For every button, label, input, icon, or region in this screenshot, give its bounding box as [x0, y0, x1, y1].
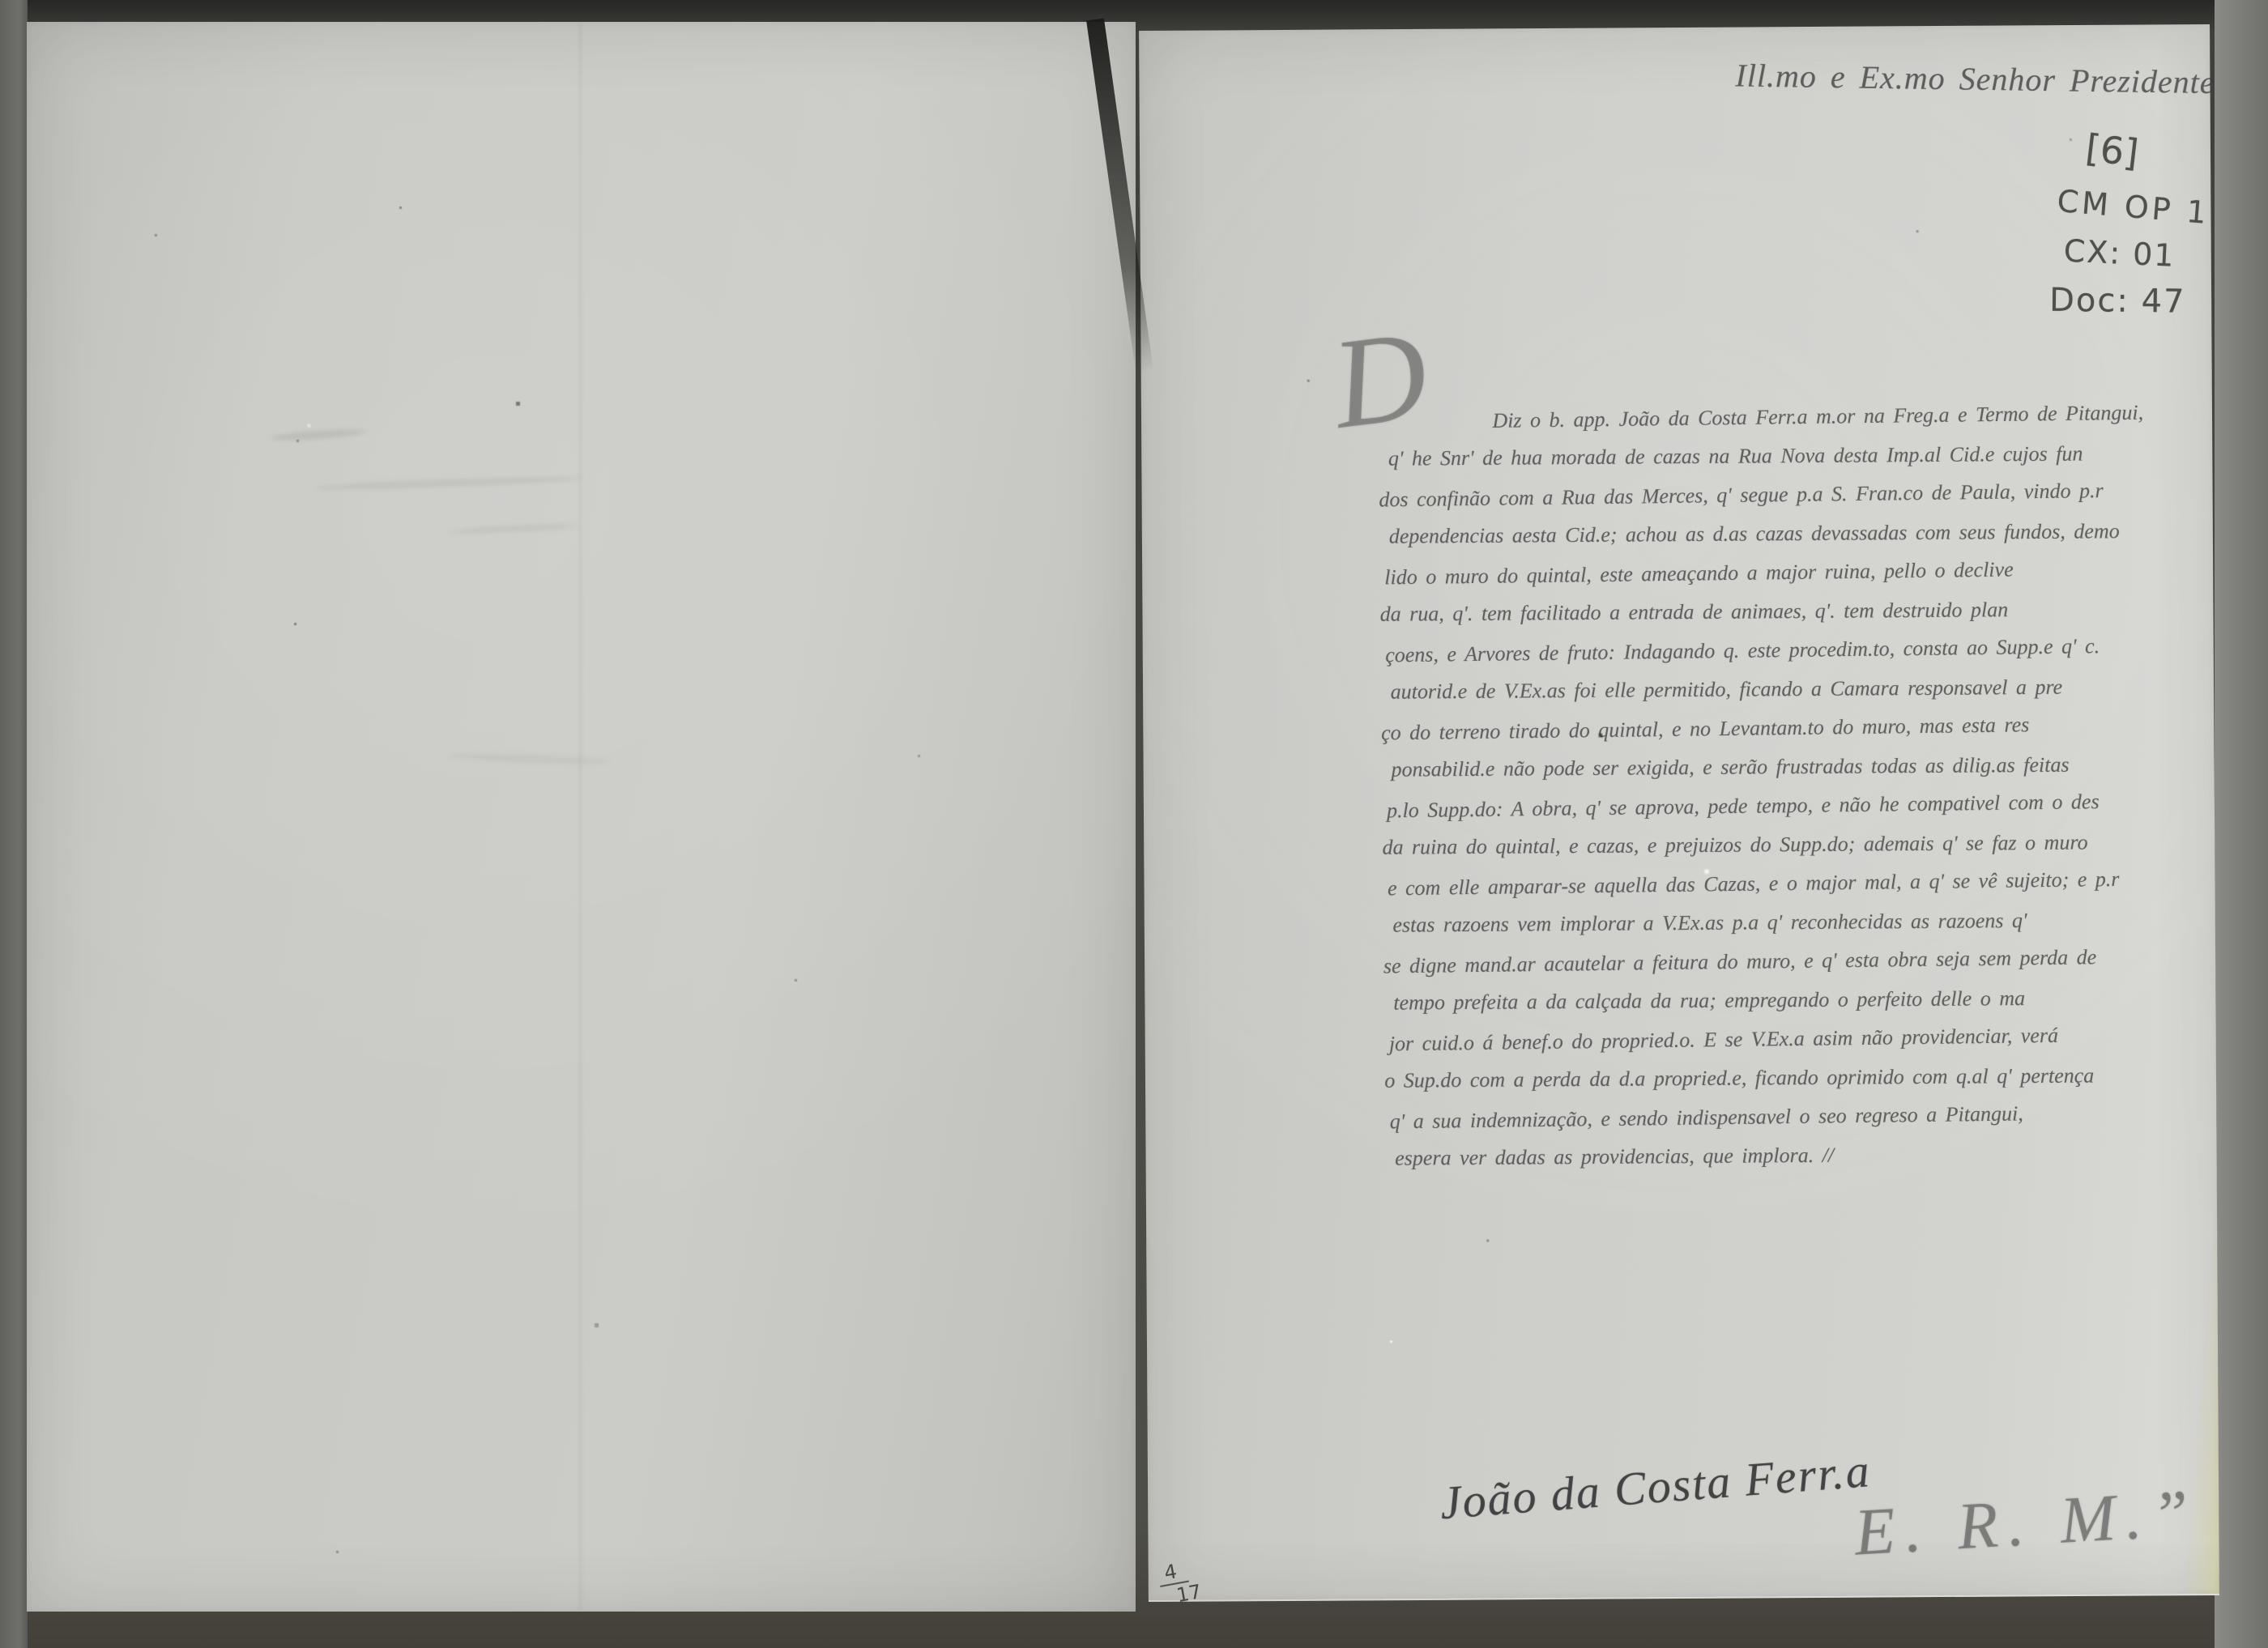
ink-bleed-smudge	[270, 428, 367, 442]
manuscript-line: Diz o b. app. João da Costa Ferr.a m.or …	[1492, 393, 2161, 441]
erm-closing-formula: E. R. M.”	[1852, 1475, 2200, 1571]
pencil-fraction-note: 4 17	[1157, 1555, 1221, 1608]
manuscript-line: espera ver dadas as providencias, que im…	[1395, 1134, 2168, 1178]
scanner-bed-right	[2215, 0, 2268, 1648]
petition-body: Diz o b. app. João da Costa Ferr.a m.or …	[1383, 394, 2168, 1179]
ink-bleed-smudge	[448, 752, 610, 766]
signature: João da Costa Ferr.a	[1438, 1443, 1873, 1530]
fraction-denominator: 17	[1175, 1578, 1220, 1605]
archival-folio-mark: [6]	[2083, 126, 2141, 175]
ink-bleed-smudge	[314, 475, 582, 492]
archival-box-mark: CX: 01	[2063, 233, 2176, 274]
left-page	[27, 22, 1136, 1612]
archival-collection-mark: CM OP 1	[2056, 183, 2210, 231]
dust-specks	[1139, 31, 1141, 33]
crease-line	[579, 22, 582, 1612]
salutation: Ill.mo e Ex.mo Senhor Prezidente	[1735, 56, 2215, 101]
scanner-bed-left	[0, 0, 28, 1648]
fraction-numerator: 4	[1162, 1555, 1215, 1583]
scanned-manuscript-frame: Ill.mo e Ex.mo Senhor Prezidente [6] CM …	[0, 0, 2268, 1648]
dust-specks	[27, 22, 29, 24]
right-page: Ill.mo e Ex.mo Senhor Prezidente [6] CM …	[1139, 24, 2219, 1602]
ink-bleed-smudge	[448, 522, 578, 535]
archival-doc-mark: Doc: 47	[2049, 282, 2186, 321]
